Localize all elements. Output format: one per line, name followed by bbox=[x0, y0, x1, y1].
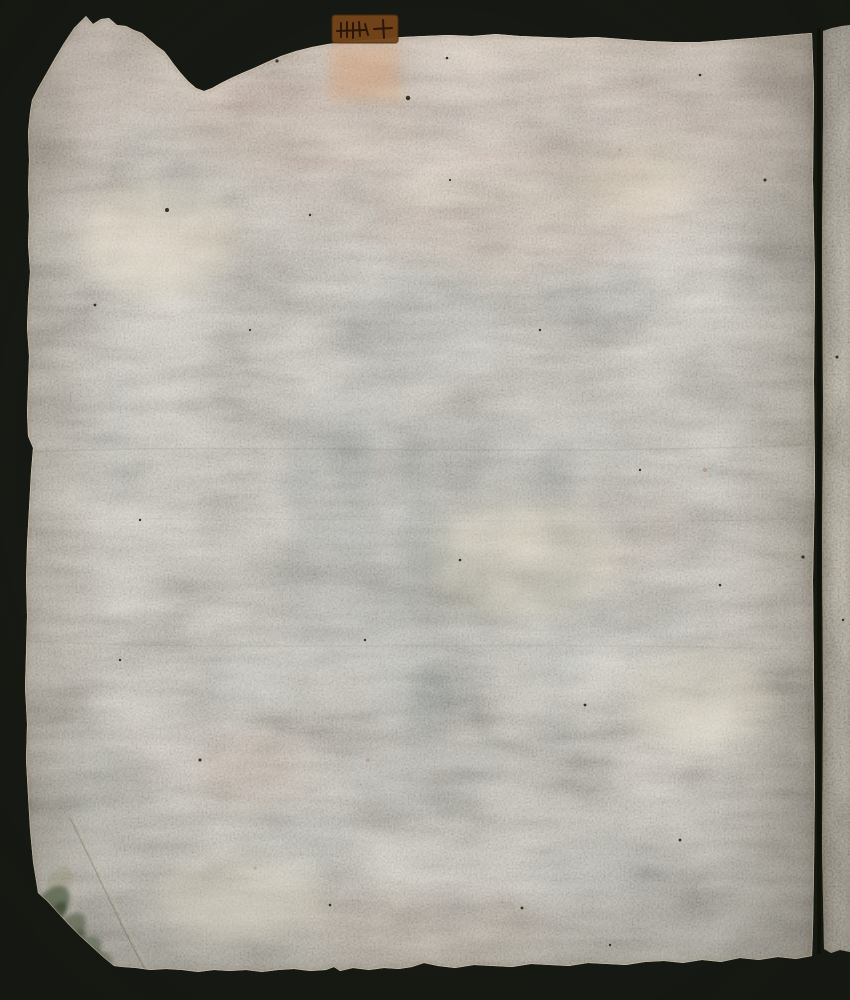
photo-vignette bbox=[0, 0, 850, 1000]
scan-image bbox=[0, 0, 850, 1000]
scan-viewport bbox=[0, 0, 850, 1000]
